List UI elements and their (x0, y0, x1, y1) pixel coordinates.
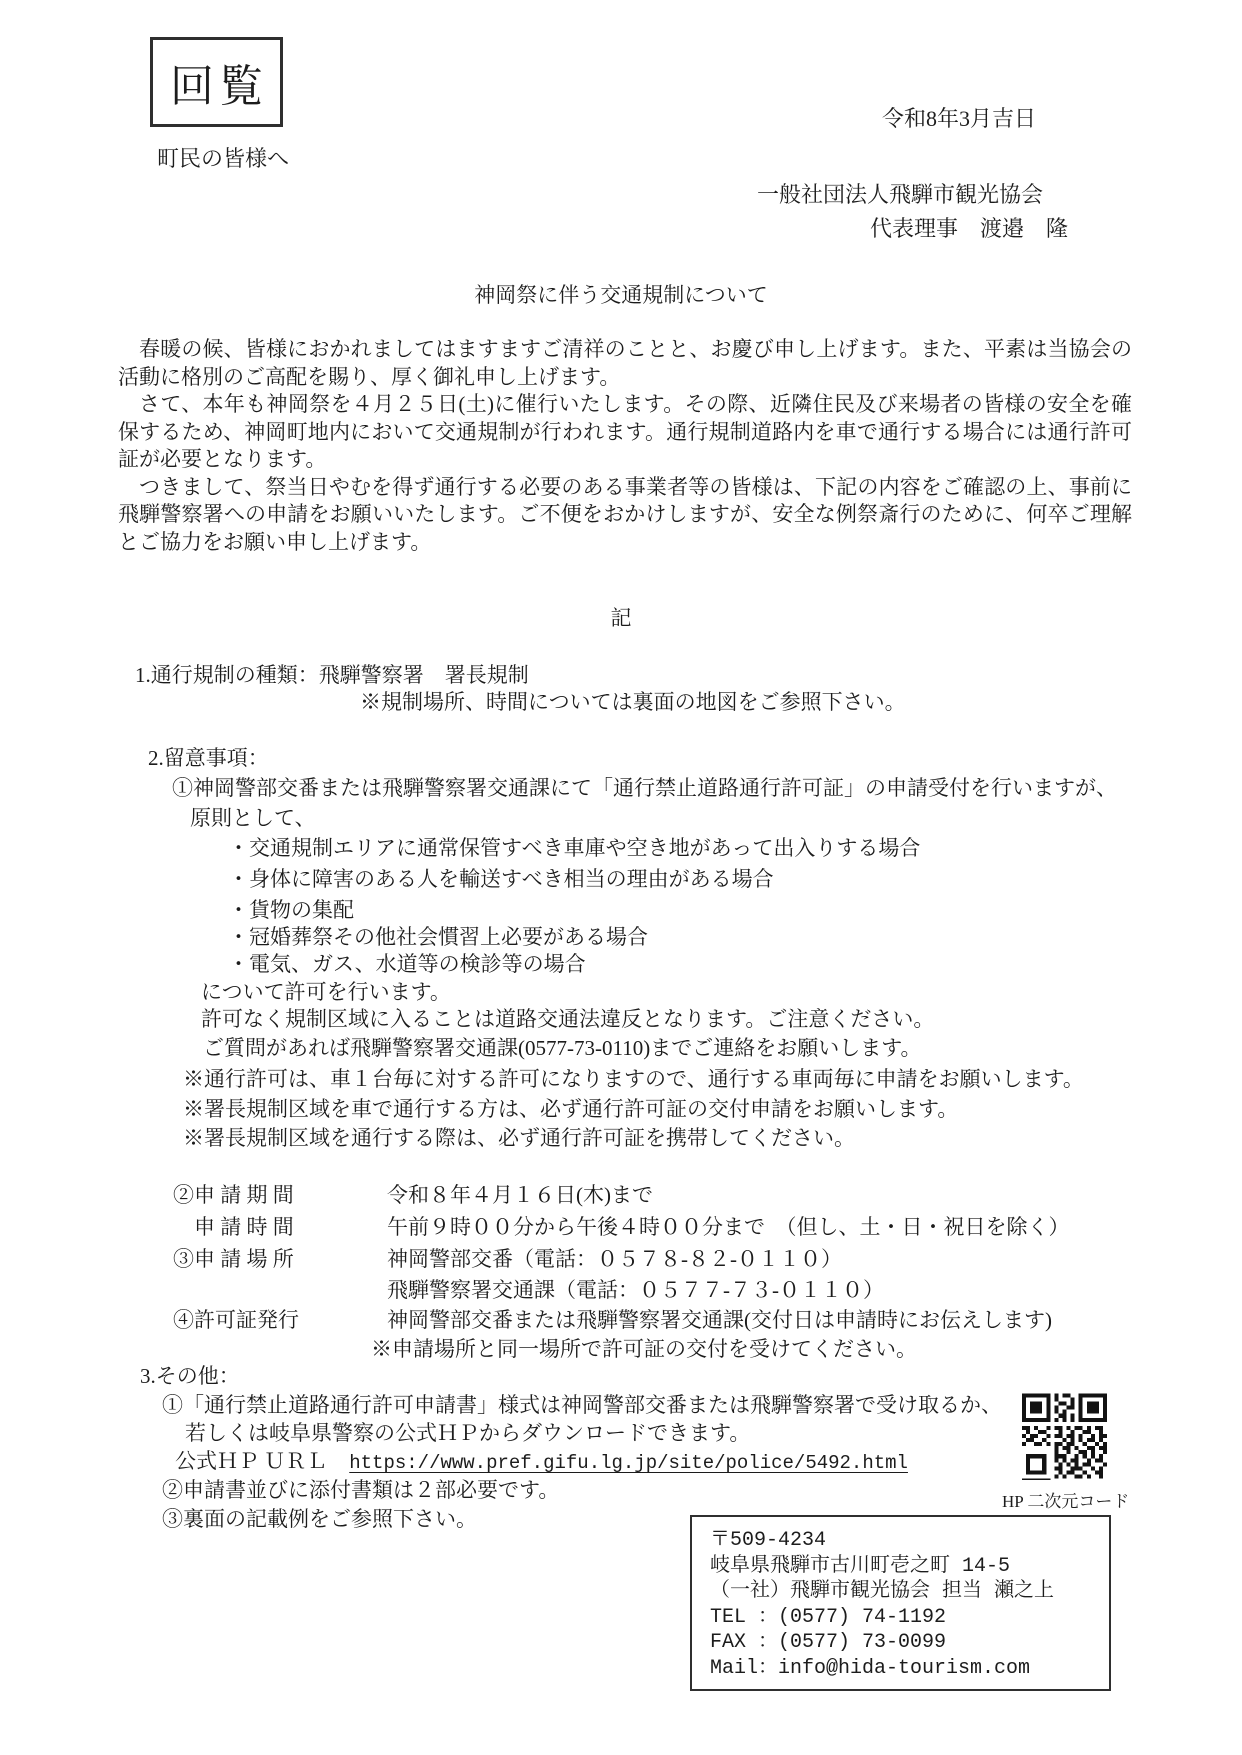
application-row: 飛騨警察署交通課（電話：０５７７-７３-０１１０） (173, 1277, 884, 1303)
row-label: ③申 請 場 所 (173, 1246, 387, 1272)
application-row: 申 請 時 間午前９時００分から午後４時００分まで （但し、土・日・祝日を除く） (173, 1214, 1070, 1240)
url-label: 公式ＨＰ ＵＲＬ (175, 1449, 327, 1473)
document-page: 回覧 町民の皆様へ 令和8年3月吉日 一般社団法人飛騨市観光協会 代表理事 渡邉… (0, 0, 1242, 1755)
contact-fax: FAX ：(0577) 73-0099 (710, 1630, 1109, 1656)
record-mark: 記 (0, 605, 1242, 631)
organization-name: 一般社団法人飛騨市観光協会 (757, 182, 1043, 208)
official-url-line: 公式ＨＰ ＵＲＬhttps://www.pref.gifu.lg.jp/site… (175, 1448, 908, 1476)
section2-note: ※署長規制区域を車で通行する方は、必ず通行許可証の交付申請をお願いします。 (183, 1096, 958, 1122)
row-value: 神岡警部交番（電話：０５７８-８２-０１１０） (387, 1247, 842, 1271)
application-row: ④許可証発行神岡警部交番または飛騨警察署交通課(交付日は申請時にお伝えします) (173, 1307, 1052, 1333)
application-row: ②申 請 期 間令和８年４月１６日(木)まで (173, 1182, 653, 1208)
section1-heading: 1.通行規制の種類：飛騨警察署 署長規制 (135, 662, 529, 688)
addressee: 町民の皆様へ (157, 146, 289, 172)
row-value: ※申請場所と同一場所で許可証の交付を受けてください。 (371, 1337, 917, 1361)
paragraph: つきまして、祭当日やむを得ず通行する必要のある事業者等の皆様は、下記の内容をご確… (118, 474, 1132, 557)
section3-heading: 3.その他： (140, 1363, 240, 1389)
representative-name: 代表理事 渡邉 隆 (870, 216, 1068, 242)
case-item: ・冠婚葬祭その他社会慣習上必要がある場合 (228, 924, 648, 950)
circulation-stamp-box: 回覧 (150, 37, 283, 127)
application-row: ③申 請 場 所神岡警部交番（電話：０５７８-８２-０１１０） (173, 1246, 842, 1272)
section2-closing2: 許可なく規制区域に入ることは道路交通法違反となります。ご注意ください。 (201, 1006, 934, 1032)
page-title: 神岡祭に伴う交通規制について (0, 282, 1242, 308)
row-value: 飛騨警察署交通課（電話：０５７７-７３-０１１０） (387, 1278, 884, 1302)
case-item: ・貨物の集配 (228, 897, 354, 923)
section3-item2: ②申請書並びに添付書類は２部必要です。 (162, 1477, 559, 1503)
body-text: 春暖の候、皆様におかれましてはますますご清祥のことと、お慶び申し上げます。また、… (118, 336, 1132, 556)
section2-note: ※通行許可は、車１台毎に対する許可になりますので、通行する車両毎に申請をお願いし… (183, 1066, 1084, 1092)
application-row: ※申請場所と同一場所で許可証の交付を受けてください。 (173, 1336, 917, 1362)
section1-note: ※規制場所、時間については裏面の地図をご参照下さい。 (360, 689, 906, 715)
section2-item1-line1: ①神岡警部交番または飛騨警察署交通課にて「通行禁止道路通行許可証」の申請受付を行… (172, 775, 1117, 801)
section2-item1-line2: 原則として、 (190, 805, 316, 831)
qr-code-icon (1022, 1392, 1107, 1480)
paragraph: 春暖の候、皆様におかれましてはますますご清祥のことと、お慶び申し上げます。また、… (118, 336, 1132, 391)
contact-box: 〒509-4234 岐阜県飛騨市古川町壱之町 14-5 （一社）飛騨市観光協会 … (690, 1515, 1111, 1691)
qr-caption: HP 二次元コード (1002, 1487, 1129, 1512)
section3-item3: ③裏面の記載例をご参照下さい。 (162, 1506, 477, 1532)
row-value: 午前９時００分から午後４時００分まで （但し、土・日・祝日を除く） (387, 1215, 1070, 1239)
contact-address: 岐阜県飛騨市古川町壱之町 14-5 (710, 1554, 1109, 1580)
section2-note: ※署長規制区域を通行する際は、必ず通行許可証を携帯してください。 (183, 1125, 855, 1151)
contact-tel: TEL ：(0577) 74-1192 (710, 1605, 1109, 1631)
contact-postal: 〒509-4234 (710, 1528, 1109, 1554)
row-label: ④許可証発行 (173, 1307, 387, 1333)
paragraph: さて、本年も神岡祭を４月２５日(土)に催行いたします。その際、近隣住民及び来場者… (118, 391, 1132, 474)
section3-item1-line2: 若しくは岐阜県警察の公式ＨＰからダウンロードできます。 (185, 1420, 750, 1446)
row-value: 令和８年４月１６日(木)まで (387, 1183, 653, 1207)
contact-org: （一社）飛騨市観光協会 担当 瀬之上 (710, 1579, 1109, 1605)
section2-closing3: ご質問があれば飛騨警察署交通課(0577-73-0110)までご連絡をお願いしま… (203, 1035, 922, 1061)
row-value: 神岡警部交番または飛騨警察署交通課(交付日は申請時にお伝えします) (387, 1308, 1052, 1332)
case-item: ・電気、ガス、水道等の検診等の場合 (228, 951, 586, 977)
section2-heading: 2.留意事項： (148, 745, 269, 771)
section2-closing1: について許可を行います。 (201, 979, 451, 1005)
row-label: 申 請 時 間 (173, 1214, 387, 1240)
circulation-label: 回覧 (165, 50, 268, 114)
official-url: https://www.pref.gifu.lg.jp/site/police/… (349, 1452, 908, 1474)
document-date: 令和8年3月吉日 (882, 106, 1036, 132)
section3-item1-line1: ①「通行禁止道路通行許可申請書」様式は神岡警部交番または飛騨警察署で受け取るか、 (162, 1392, 1002, 1418)
case-item: ・交通規制エリアに通常保管すべき車庫や空き地があって出入りする場合 (228, 835, 920, 861)
case-item: ・身体に障害のある人を輸送すべき相当の理由がある場合 (228, 866, 774, 892)
row-label: ②申 請 期 間 (173, 1182, 387, 1208)
contact-mail: Mail：info@hida-tourism.com (710, 1656, 1109, 1682)
